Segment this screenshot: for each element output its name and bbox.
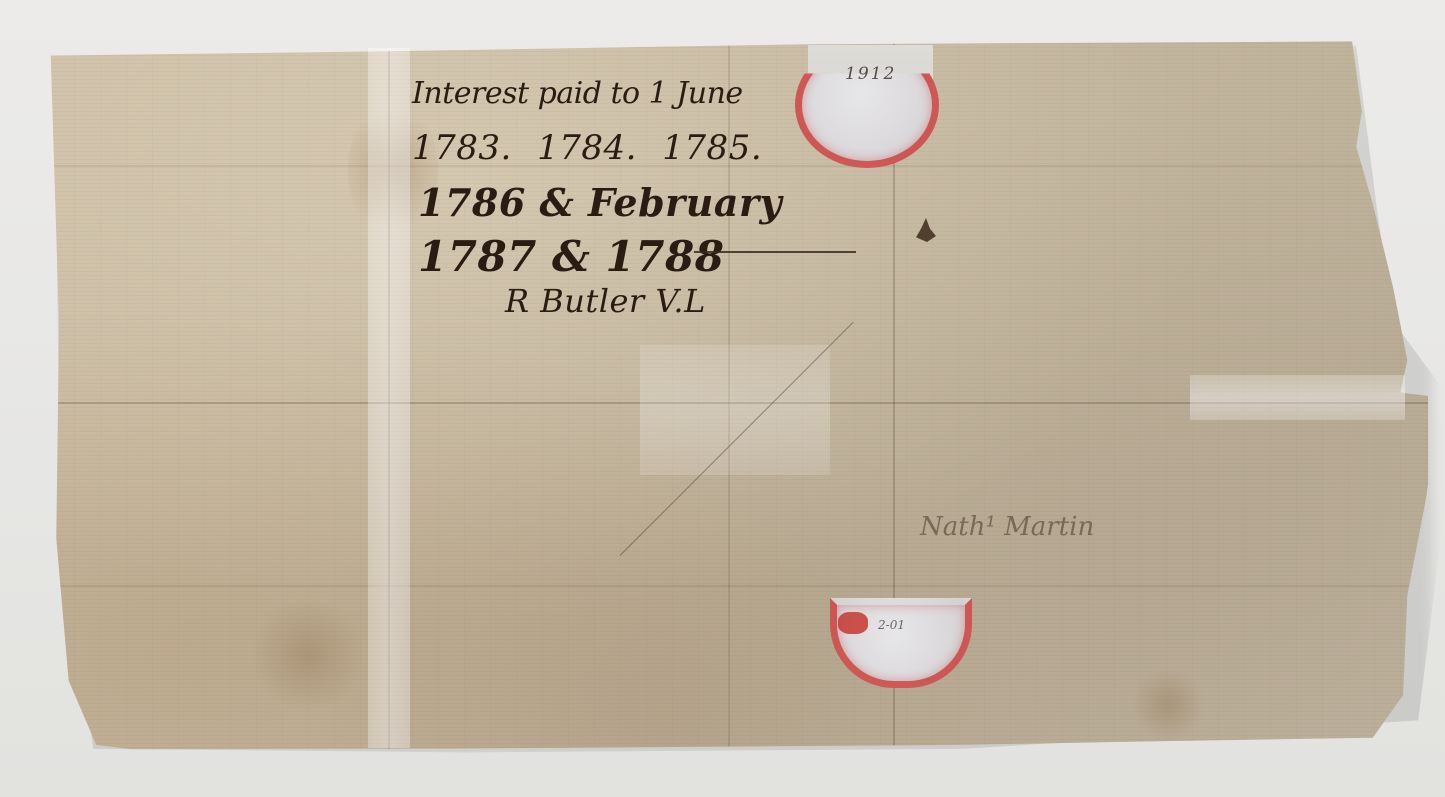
tape-repair-horizontal-right	[1190, 375, 1405, 420]
endorsement-line-1: Interest paid to 1 June	[412, 76, 743, 111]
tape-repair-vertical	[368, 48, 410, 748]
endorsement-rule	[694, 251, 856, 253]
endorsement-line-4: 1787 & 1788	[418, 232, 724, 281]
seal-bottom-mark: 2-01	[878, 618, 905, 632]
stain-lower-left	[248, 600, 368, 710]
seal-blot	[838, 612, 868, 634]
photo-stage: 1912 2-01 Interest paid to 1 June 1783. …	[0, 0, 1445, 797]
reference-number: 1912	[845, 64, 896, 84]
endorsement-line-2: 1783. 1784. 1785.	[412, 128, 762, 168]
fold-line-horizontal-lower	[48, 585, 1428, 587]
secondary-signature: Nath¹ Martin	[920, 512, 1094, 542]
endorsement-signature: R Butler V.L	[505, 282, 706, 320]
tape-repair-center	[640, 345, 830, 475]
stain-lower-right	[1128, 670, 1208, 740]
endorsement-line-3: 1786 & February	[418, 180, 782, 225]
